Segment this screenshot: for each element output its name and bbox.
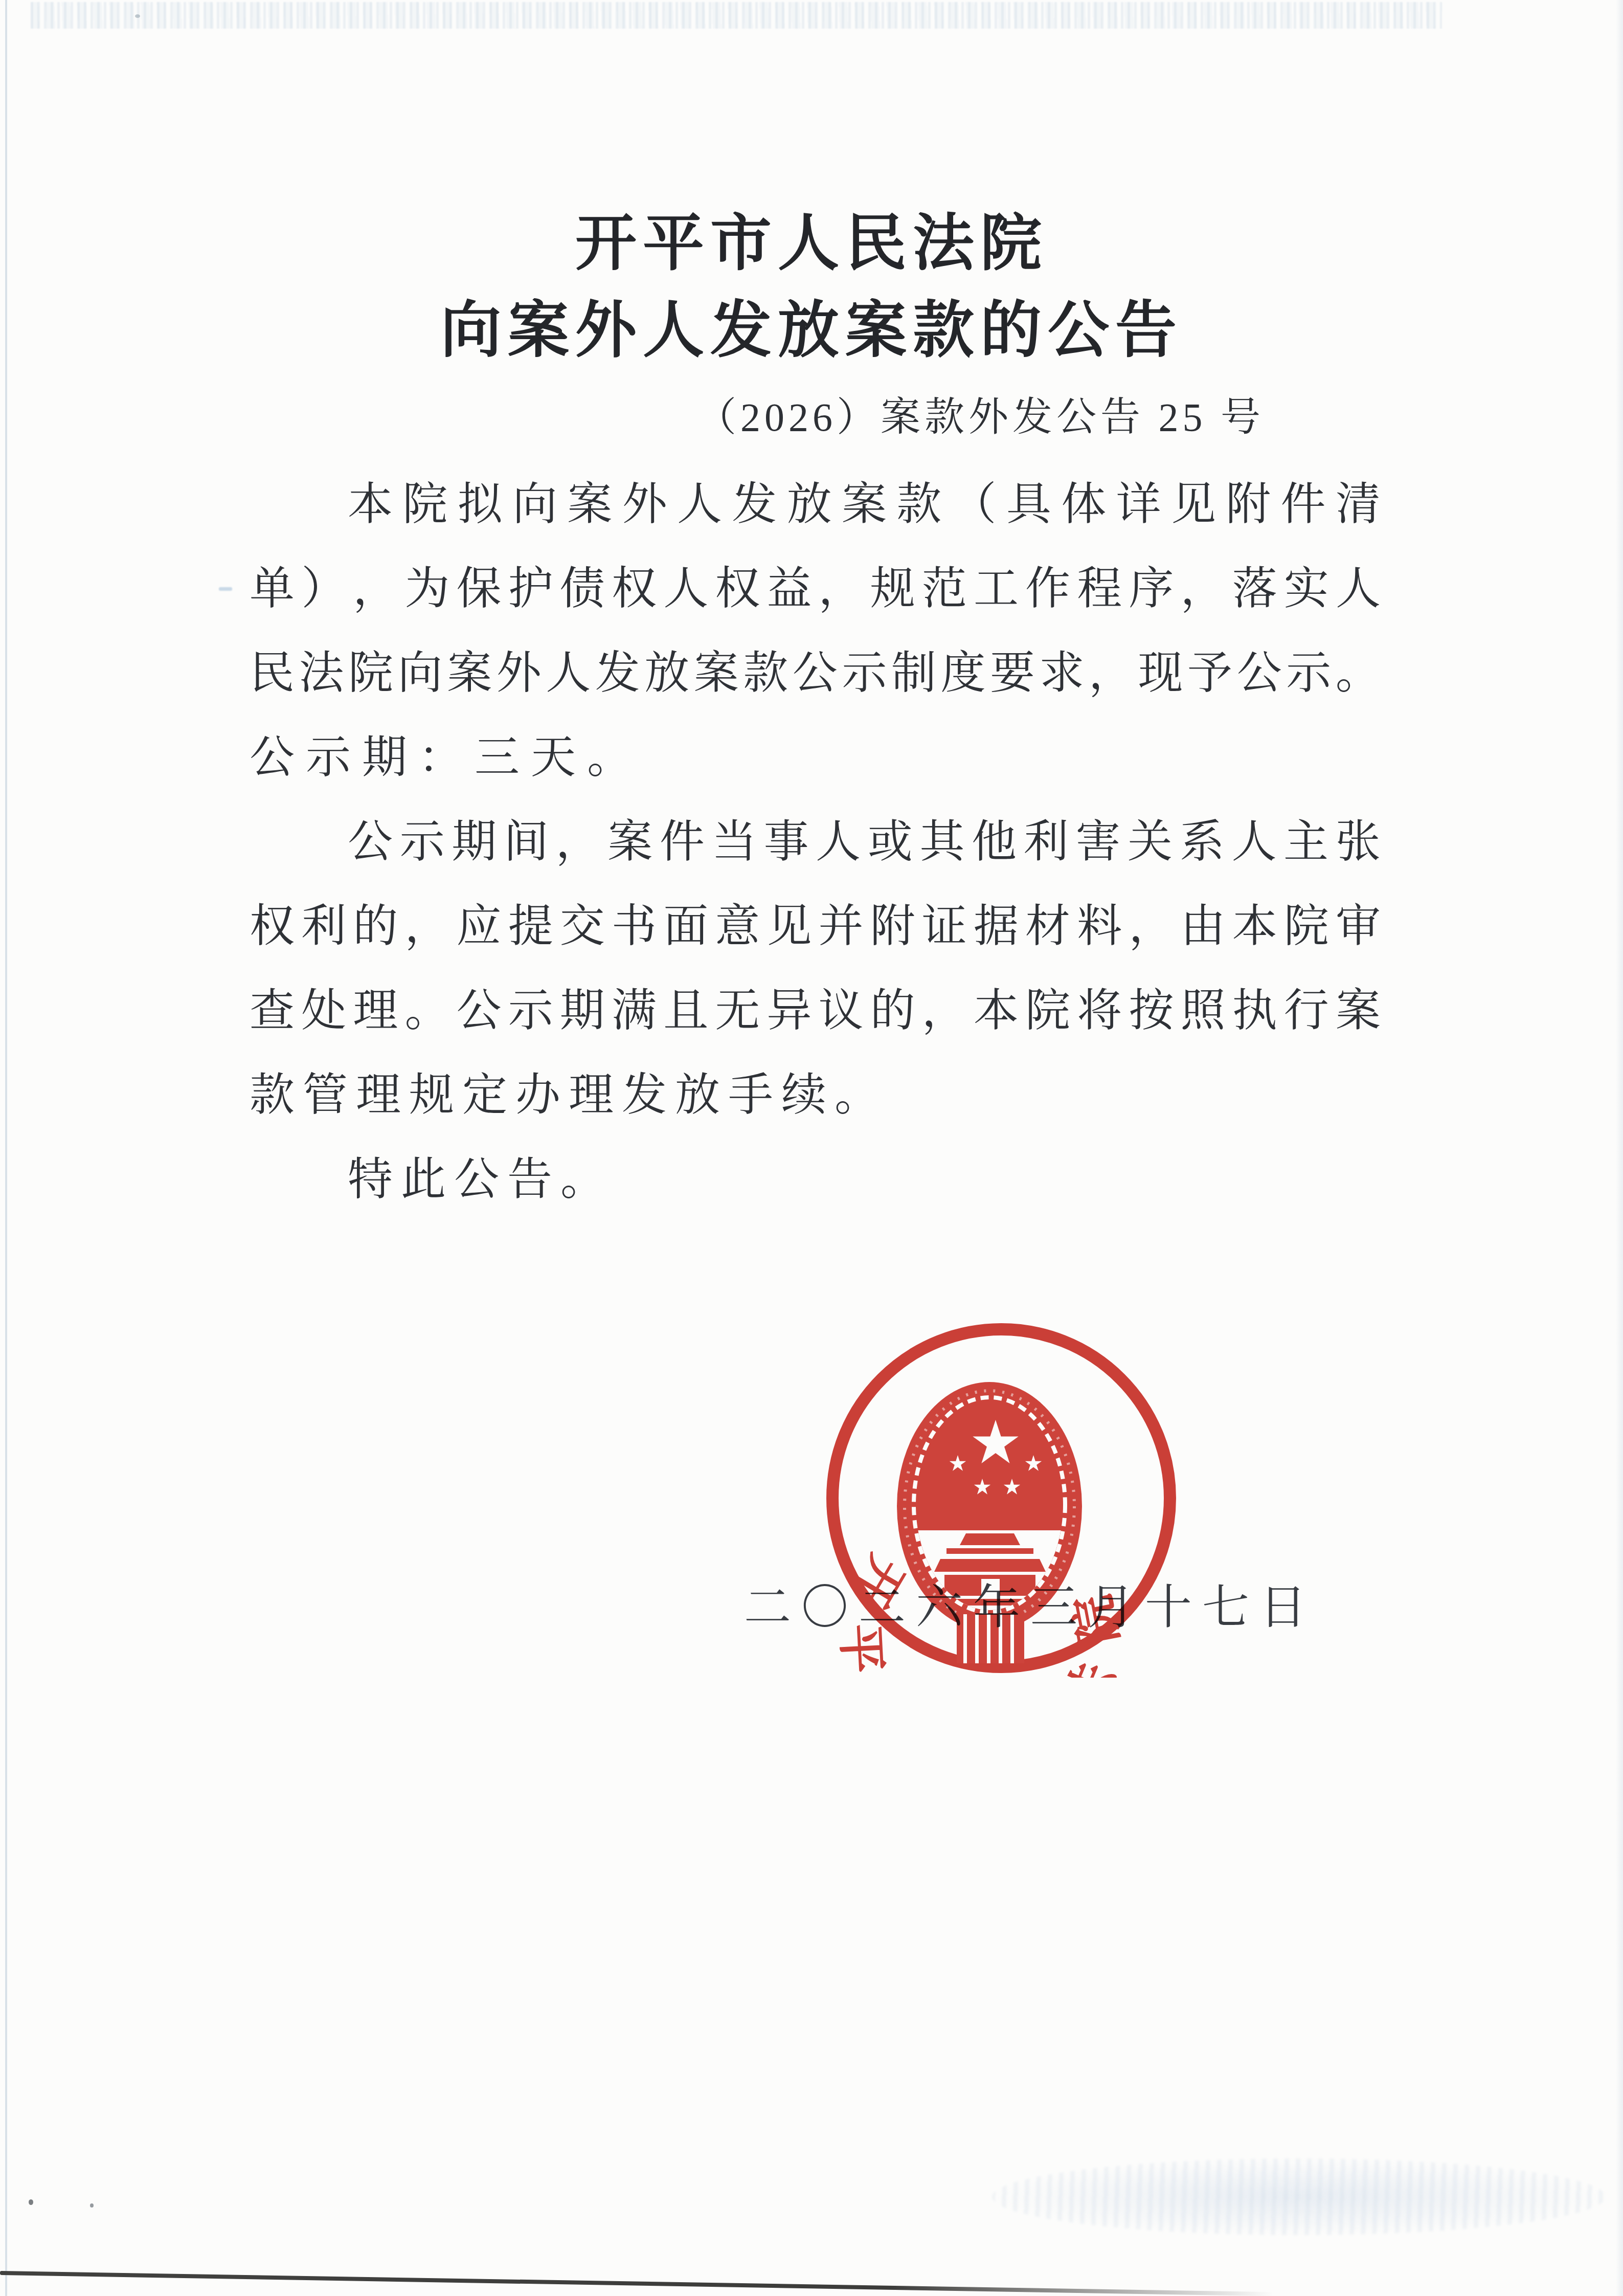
tiananmen-lower-roof	[934, 1559, 1046, 1572]
body-line: 权利的，应提交书面意见并附证据材料，由本院审	[250, 885, 1381, 969]
document-number: （2026）案款外发公告 25 号	[696, 394, 1265, 441]
scan-smudge-bottom-right	[992, 2158, 1606, 2235]
body-line: 本院拟向案外人发放案款（具体详见附件清	[348, 463, 1381, 547]
emblem-fringe	[957, 1614, 1024, 1663]
closing-line: 特此公告。	[348, 1138, 1381, 1222]
national-emblem-icon	[897, 1382, 1082, 1663]
scan-speck	[135, 14, 140, 18]
body-line: 款管理规定办理发放手续。	[250, 1054, 1381, 1138]
body-line: 单），为保护债权人权益，规范工作程序，落实人	[250, 547, 1381, 631]
tiananmen-eave	[946, 1548, 1033, 1554]
scan-speck	[90, 2203, 94, 2208]
tiananmen-gateway	[981, 1579, 1000, 1596]
body-line: 公示期：三天。	[250, 716, 1381, 800]
scanned-court-announcement-page: 开平市人民法院 向案外人发放案款的公告 （2026）案款外发公告 25 号 本院…	[0, 0, 1623, 2296]
scan-speck	[29, 2199, 33, 2205]
scan-page-edge-line-bottom	[0, 2271, 1273, 2296]
body-line: 查处理。公示期满且无异议的，本院将按照执行案	[250, 969, 1381, 1053]
tiananmen-upper-roof	[960, 1533, 1020, 1545]
scan-speck-left-margin	[219, 587, 232, 591]
body-line: 公示期间，案件当事人或其他利害关系人主张	[348, 800, 1381, 884]
scan-noise-top-band	[31, 2, 1442, 29]
body-line: 民法院向案外人发放案款公示制度要求，现予公示。	[250, 632, 1381, 716]
court-name-title: 开平市人民法院	[0, 206, 1623, 282]
announcement-title: 向案外人发放案款的公告	[0, 293, 1623, 369]
official-court-seal: 开平市·人民法院	[818, 1320, 1186, 1678]
